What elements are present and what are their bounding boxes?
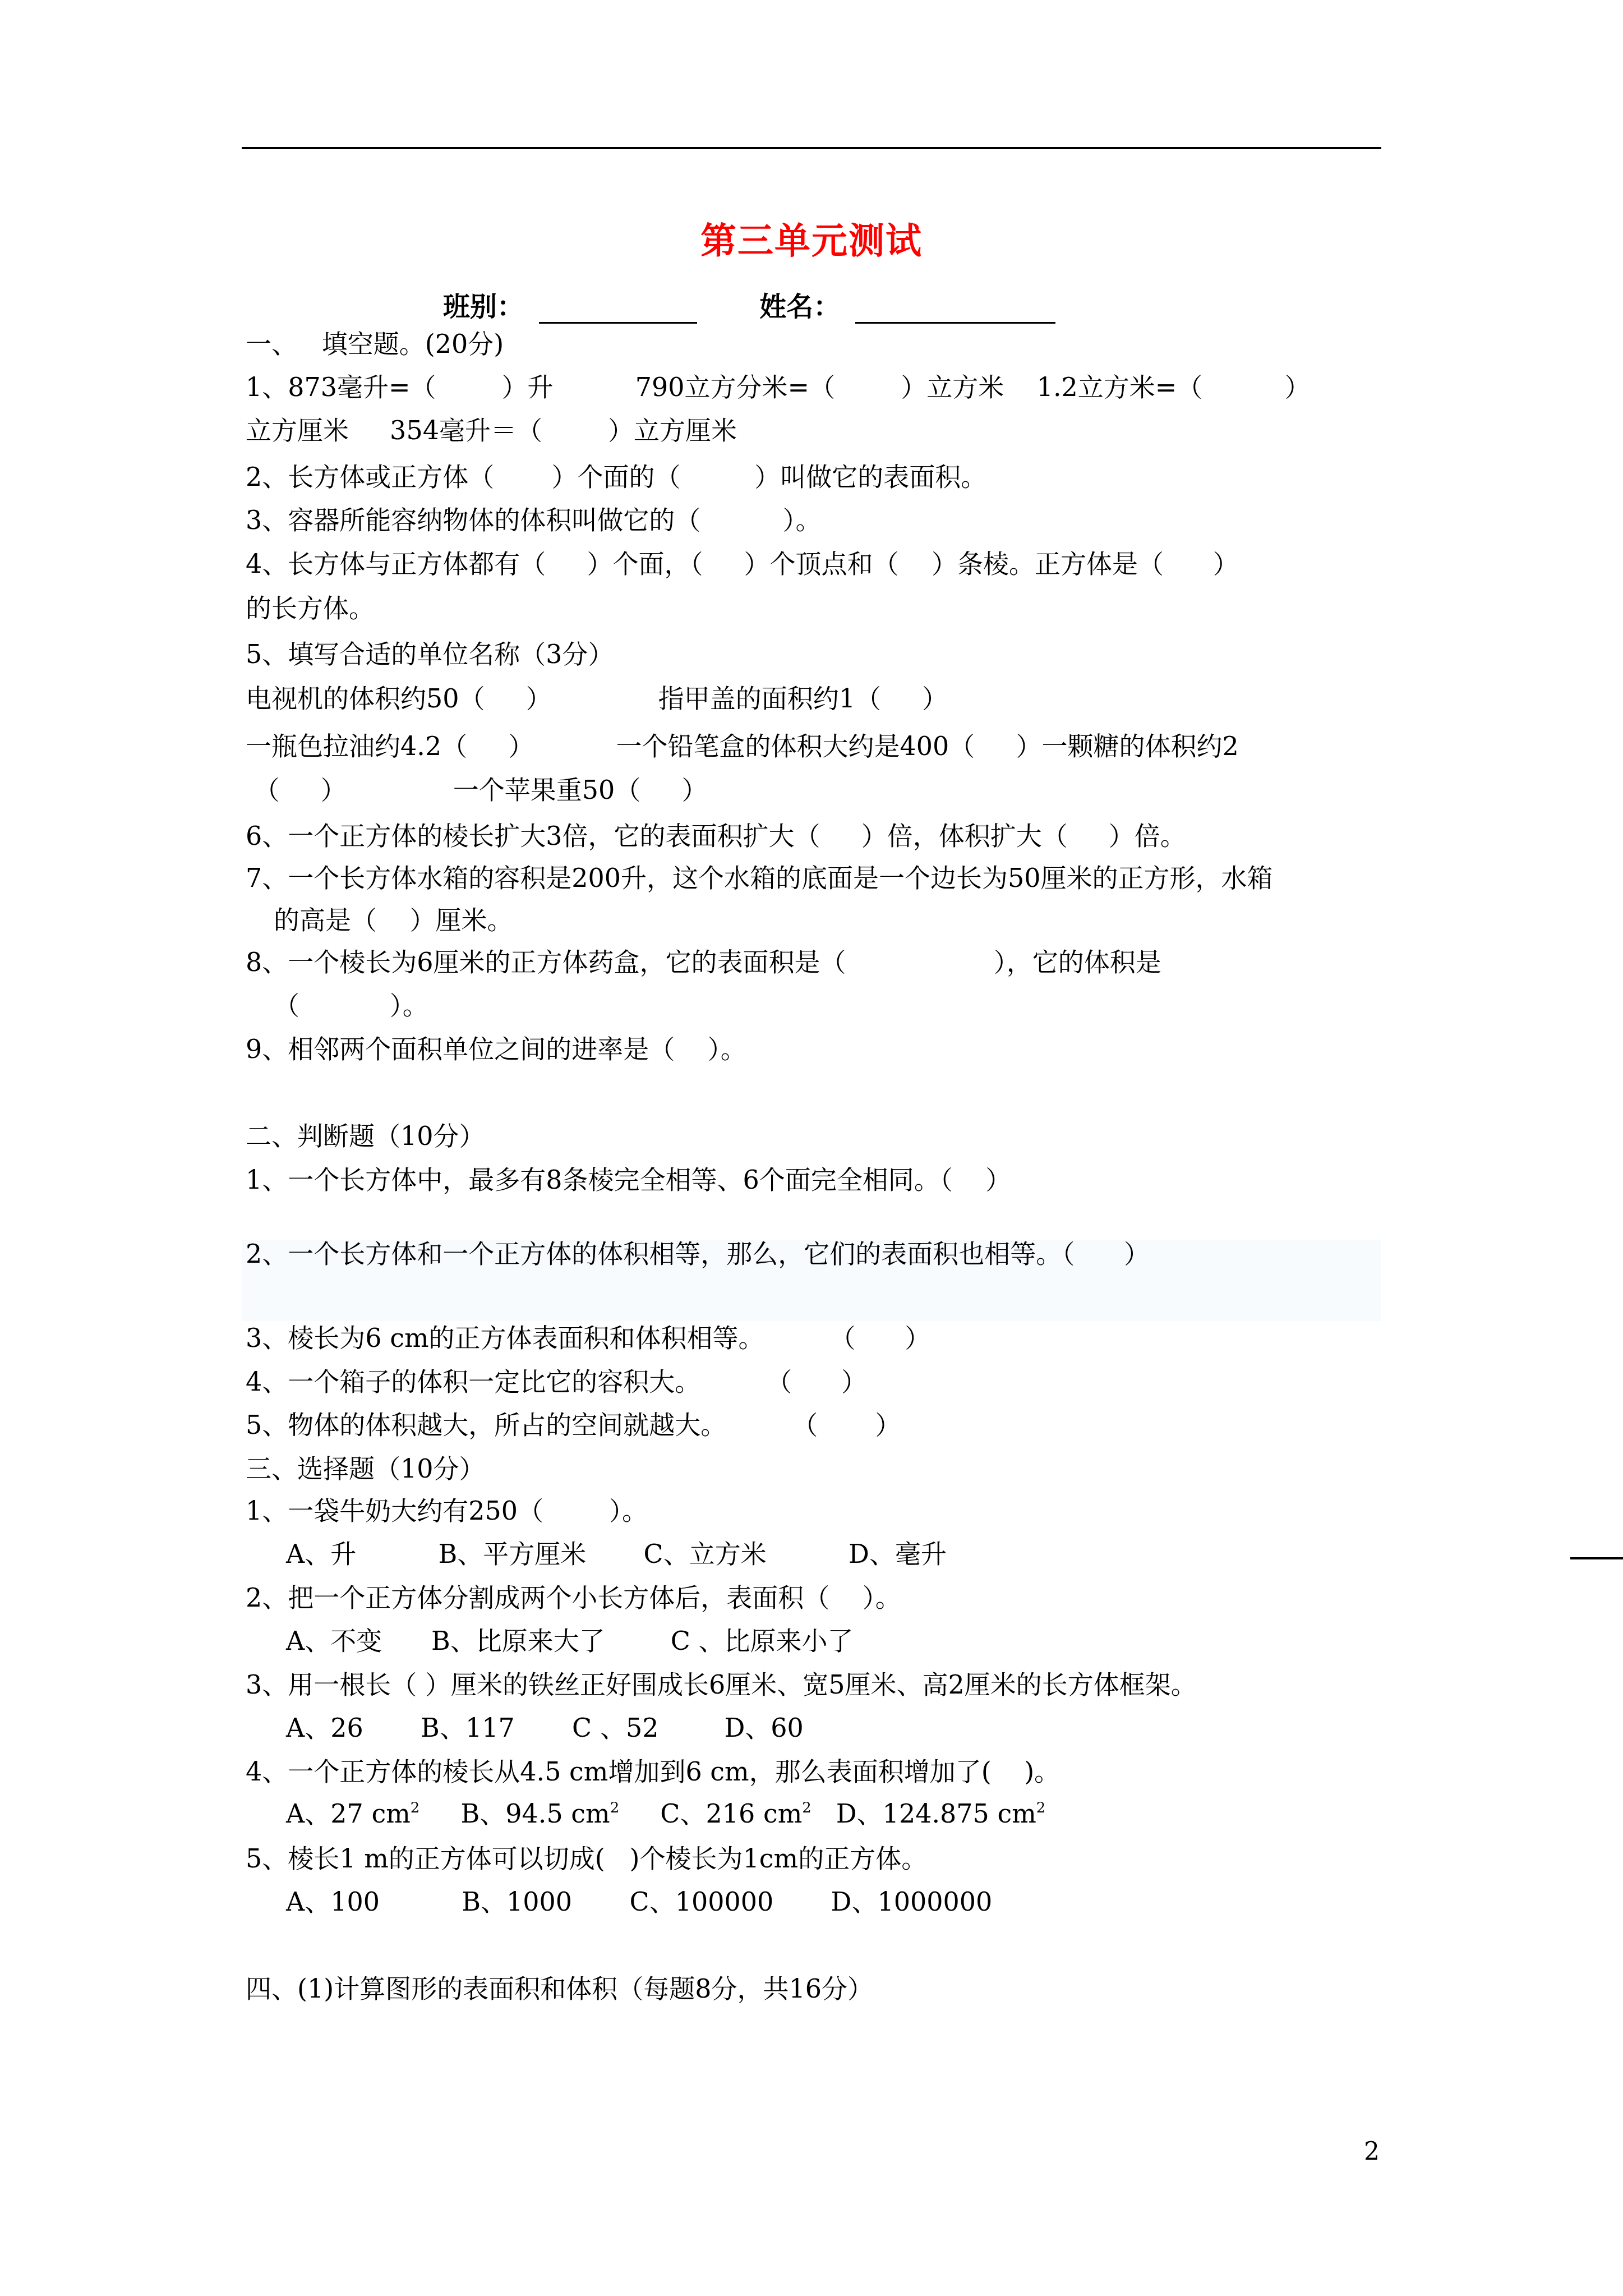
question-line: 一瓶色拉油约4.2（ ） 一个铅笔盒的体积大约是400（ ）一颗糖的体积约2 bbox=[246, 729, 1239, 763]
option-c: C、216 cm bbox=[619, 1798, 802, 1829]
question-line: 7、一个长方体水箱的容积是200升，这个水箱的底面是一个边长为50厘米的正方形，… bbox=[246, 861, 1273, 895]
question-line: 6、一个正方体的棱长扩大3倍，它的表面积扩大（ ）倍，体积扩大（ ）倍。 bbox=[246, 819, 1186, 853]
name-label: 姓名： bbox=[759, 291, 840, 323]
question-line: 5、填写合适的单位名称（3分） bbox=[246, 637, 614, 671]
question-line: 电视机的体积约50（ ） 指甲盖的面积约1（ ） bbox=[246, 682, 948, 715]
choice-stem: 3、用一根长（ ）厘米的铁丝正好围成长6厘米、宽5厘米、高2厘米的长方体框架。 bbox=[246, 1668, 1197, 1701]
option-a: A、27 cm bbox=[286, 1798, 411, 1829]
judge-item: 1、一个长方体中，最多有8条棱完全相等、6个面完全相同。（ ） bbox=[246, 1163, 1011, 1197]
judge-item: 5、物体的体积越大，所占的空间就越大。 （ ） bbox=[246, 1408, 901, 1442]
superscript: 2 bbox=[1036, 1800, 1046, 1816]
question-line: 4、长方体与正方体都有（ ）个面，（ ）个顶点和（ ）条棱。正方体是（ ） bbox=[246, 547, 1239, 581]
question-line: 8、一个棱长为6厘米的正方体药盒，它的表面积是（ ），它的体积是 bbox=[246, 945, 1161, 979]
page-title: 第三单元测试 bbox=[0, 212, 1623, 264]
question-line: 的长方体。 bbox=[246, 591, 375, 625]
judge-item: 2、一个长方体和一个正方体的体积相等，那么，它们的表面积也相等。（ ） bbox=[246, 1237, 1150, 1271]
question-line: （ ）。 bbox=[274, 988, 428, 1022]
margin-mark bbox=[1570, 1557, 1623, 1559]
section-heading-true-false: 二、判断题（10分） bbox=[246, 1119, 485, 1153]
superscript: 2 bbox=[411, 1800, 420, 1816]
option-b: B、94.5 cm bbox=[419, 1798, 610, 1829]
judge-item: 4、一个箱子的体积一定比它的容积大。 （ ） bbox=[246, 1365, 867, 1398]
judge-item: 3、棱长为6 cm的正方体表面积和体积相等。 （ ） bbox=[246, 1321, 930, 1355]
choice-options: A、升 B、平方厘米 C、立方米 D、毫升 bbox=[286, 1537, 947, 1571]
choice-options: A、100 B、1000 C、100000 D、1000000 bbox=[286, 1885, 992, 1918]
section-heading-multiple-choice: 三、选择题（10分） bbox=[246, 1452, 485, 1485]
header-rule bbox=[242, 147, 1381, 149]
class-blank[interactable] bbox=[539, 294, 697, 324]
question-line: （ ） 一个苹果重50（ ） bbox=[246, 773, 707, 807]
section-heading-fill-blank: 一、 填空题。(20分) bbox=[246, 327, 504, 361]
option-d: D、124.875 cm bbox=[811, 1798, 1036, 1829]
choice-stem: 5、棱长1 m的正方体可以切成( )个棱长为1cm的正方体。 bbox=[246, 1842, 927, 1875]
question-line: 3、容器所能容纳物体的体积叫做它的（ ）。 bbox=[246, 503, 822, 537]
student-info: 班别： 姓名： bbox=[443, 285, 1055, 324]
choice-stem: 2、把一个正方体分割成两个小长方体后，表面积（ ）。 bbox=[246, 1581, 901, 1614]
question-line: 立方厘米 354毫升＝（ ）立方厘米 bbox=[246, 413, 737, 447]
choice-options: A、27 cm2 B、94.5 cm2 C、216 cm2 D、124.875 … bbox=[286, 1797, 1045, 1830]
page-number: 2 bbox=[1364, 2137, 1380, 2166]
section-heading-calculation: 四、(1)计算图形的表面积和体积（每题8分，共16分） bbox=[246, 1972, 873, 2005]
question-line: 的高是（ ）厘米。 bbox=[274, 903, 513, 937]
question-line: 1、873毫升=（ ）升 790立方分米=（ ）立方米 1.2立方米=（ ） bbox=[246, 370, 1311, 404]
class-label: 班别： bbox=[443, 291, 524, 323]
question-line: 2、长方体或正方体（ ）个面的（ ）叫做它的表面积。 bbox=[246, 460, 986, 494]
choice-options: A、不变 B、比原来大了 C 、比原来小了 bbox=[286, 1624, 854, 1658]
question-line: 9、相邻两个面积单位之间的进率是（ ）。 bbox=[246, 1032, 746, 1066]
choice-options: A、26 B、117 C 、52 D、60 bbox=[286, 1711, 804, 1745]
superscript: 2 bbox=[802, 1800, 811, 1816]
superscript: 2 bbox=[610, 1800, 620, 1816]
choice-stem: 4、一个正方体的棱长从4.5 cm增加到6 cm，那么表面积增加了( )。 bbox=[246, 1755, 1060, 1788]
name-blank[interactable] bbox=[855, 294, 1055, 324]
choice-stem: 1、一袋牛奶大约有250（ ）。 bbox=[246, 1494, 648, 1527]
